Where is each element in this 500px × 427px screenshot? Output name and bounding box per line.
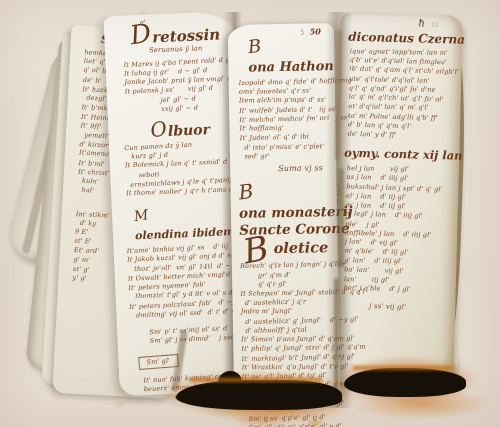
photo-open-manuscript-book: Si hemke' m'liet' q'lq' ol' b'de' b'It' … [0,0,500,427]
far-page-entries: hel j lan vij gl'us j lan d' iiij gl'buk… [344,164,449,296]
far-right-page: ħ 32 diconatus Czerna ique' agnet' inpp'… [331,12,463,385]
left-page-subheading: Seruanus ÿ lan [149,43,230,56]
folio-ink-number: 50 [310,26,321,36]
heading-rest: lbuor [168,122,211,140]
left-page-section-2-lines: Cun pamen dz ÿ lan kurz gl' j dIt Bolemi… [124,139,236,199]
left-page-summary: Sm' p' t' ss'mij ol' ss' dSm' gl' j ss d… [149,324,243,346]
heading-initial: B [242,239,270,262]
manuscript-line: It' Siman' p'ans Jungl' d' q'am gl' [241,335,334,345]
far-page-folio-row: ħ 32 [350,17,438,30]
ember-rim [190,378,322,382]
left-page-section-3-lines: It'ame' binhia vij gl' ss d' iijIt Jakob… [127,242,242,321]
far-page-subheading: oymy. contz xij lan [344,146,449,163]
folio-pencil-number: 5 [300,28,305,37]
hathon-summa: Suma vj ss [278,162,331,174]
manuscript-line: Item alch'im p'mps' d' ss' [239,96,330,106]
fold-stain-streak [338,168,344,268]
charred-edge [344,368,466,397]
heading-rest: ona Hathon [248,59,334,75]
heading-rest: ona monasterij [239,204,353,222]
heading-initial: B [238,186,254,199]
folio-ink-mark: ħ [418,19,425,30]
manuscript-line: q' q'r gl' [240,279,333,289]
left-page-heading-3: Molendina ibidem [134,201,239,243]
heading-rest: olendina ibidem [135,225,235,242]
heading-rest: oletice [273,240,328,260]
ember-rim [352,366,452,370]
far-page-paragraph: ique' agnet' inpp'tam' lan m'q'b' ut'e' … [348,47,452,142]
folio-pencil-number: 32 [431,22,439,29]
far-page-total: j ss' vij gl' [369,302,445,315]
charred-edge [176,380,342,410]
hathon-heading: Bona Hathon [248,36,330,75]
far-page-heading: diconatus Czerna [348,30,452,47]
heading-initial: B [248,42,262,53]
boletice-heading: Boletice [243,239,332,260]
manuscript-line: lan' iij gl' [344,275,446,286]
rust-stain [112,400,126,409]
heading-initial: M [134,212,149,222]
manuscript-line: ique' agnet' inpp'tam' lan m' [350,47,452,58]
hathon-lines: Izopold' dmo q' fide' d' hofflomigoms' f… [239,77,331,162]
left-page-section-1-lines: It Mares ij q'ba t'pent rold' d gr'It lu… [123,56,232,116]
manuscript-line: sed' gr' [240,151,331,161]
manuscript-line: ple' j gl' [345,220,447,231]
heading-initial: D [129,26,152,43]
right-page: 5 50 Bona Hathon Izopold' dmo q' fide' d… [228,23,341,403]
heading-initial: O [150,123,168,136]
left-page-boxed-note: Sm' gl' [138,354,178,370]
manuscript-line: d' austehlicz' g' Jungl' d' ~y gl' [241,315,334,327]
left-page-heading-2: Olbuor [150,118,234,141]
